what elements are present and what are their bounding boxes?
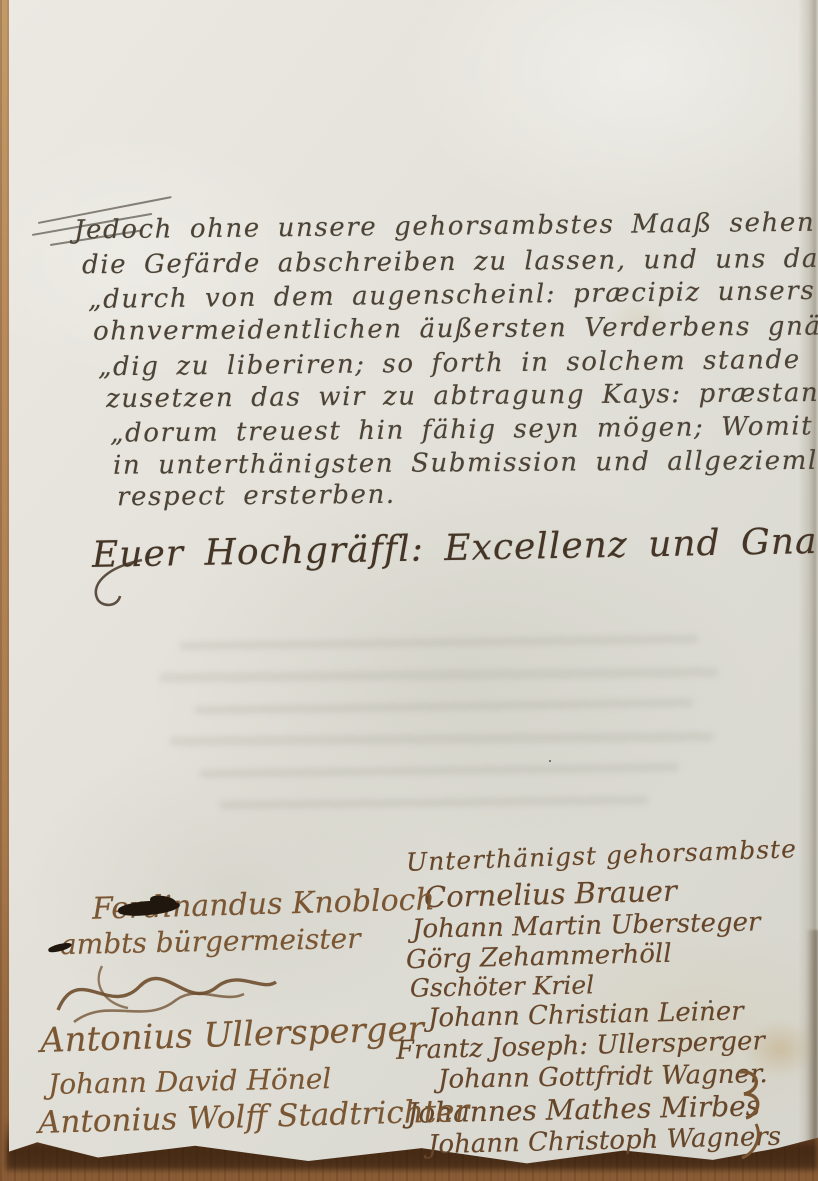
body-text-line: zusetzen das wir zu abtragung Kays: præs… xyxy=(106,380,818,412)
body-text-line: in unterthänigsten Submission und allgez… xyxy=(113,447,818,478)
right-signature: Gschöter Kriel xyxy=(410,972,595,1000)
show-through-line xyxy=(169,732,714,747)
body-text-line: ohnvermeidentlichen äußersten Verderbens… xyxy=(93,313,818,344)
right-signature: Johann Gottfridt Wagner. xyxy=(438,1061,768,1093)
body-text-line: Jedoch ohne unsere gehorsambstes Maaß se… xyxy=(74,209,818,244)
show-through-line xyxy=(179,634,699,650)
signature-curl-mark xyxy=(726,1066,772,1162)
right-signature: Johann Martin Ubersteger xyxy=(412,909,761,942)
show-through-line xyxy=(219,795,649,809)
salutation-flourish xyxy=(84,556,154,612)
body-text-line: die Gefärde abschreiben zu lassen, und u… xyxy=(82,246,818,279)
right-signature: Johann Christian Leiner xyxy=(428,998,744,1031)
ink-speck xyxy=(549,760,551,762)
body-text-line: „dig zu liberiren; so forth in solchem s… xyxy=(98,346,818,381)
left-signature: Johann David Hönel xyxy=(48,1065,332,1099)
show-through-line xyxy=(159,667,719,683)
body-text-line: respect ersterben. xyxy=(117,482,396,510)
show-through-line xyxy=(194,698,694,715)
right-signature: Görg Zehammerhöll xyxy=(406,941,672,973)
photo-of-manuscript: Jedoch ohne unsere gehorsambstes Maaß se… xyxy=(0,0,818,1181)
right-signature: Cornelius Brauer xyxy=(424,877,678,913)
show-through-line xyxy=(199,763,679,779)
body-text-line: „dorum treuest hin fähig seyn mögen; Wom… xyxy=(110,413,813,446)
